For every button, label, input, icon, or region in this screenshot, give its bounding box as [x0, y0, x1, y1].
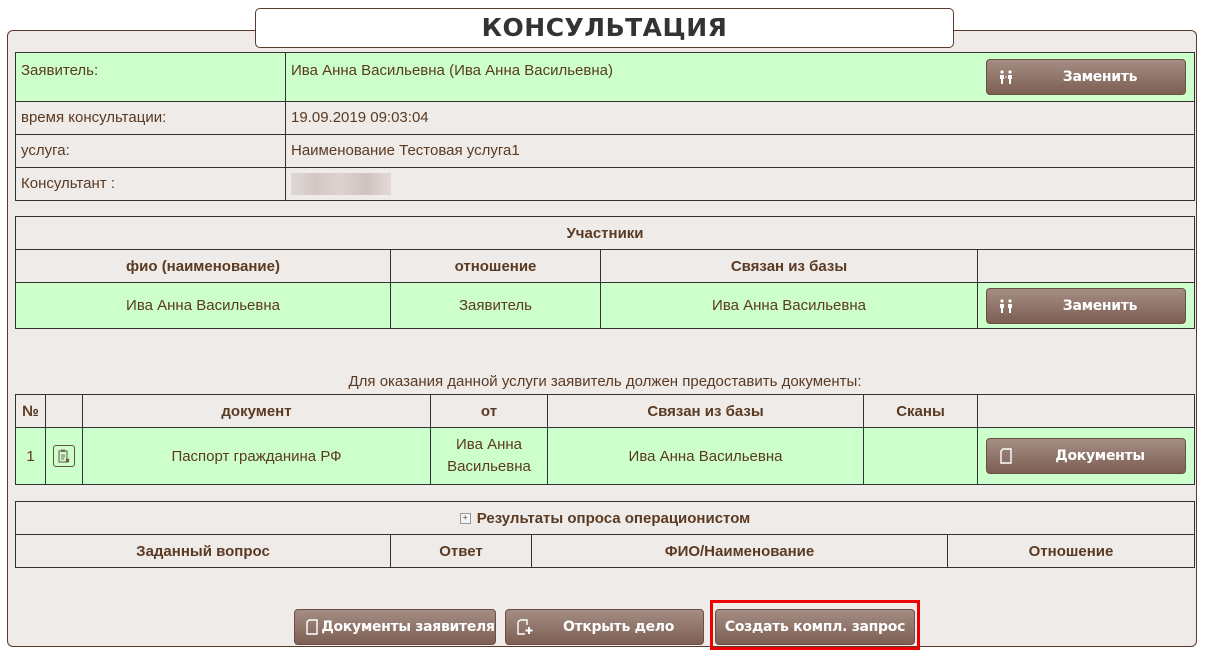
participants-title: Участники [16, 217, 1195, 250]
participants-table: Участники фио (наименование) отношение С… [15, 216, 1195, 329]
col-document: документ [83, 395, 431, 428]
participant-relation: Заявитель [391, 283, 601, 329]
page-title: КОНСУЛЬТАЦИЯ [255, 8, 954, 48]
document-scans [864, 428, 978, 485]
participant-linked: Ива Анна Васильевна [601, 283, 978, 329]
service-value: Наименование Тестовая услуга1 [286, 135, 1195, 168]
participant-fio: Ива Анна Васильевна [16, 283, 391, 329]
open-case-button[interactable]: Открыть дело [505, 609, 704, 645]
survey-table: +Результаты опроса операционистом Заданн… [15, 501, 1195, 568]
col-answer: Ответ [391, 535, 532, 568]
highlight-box [710, 600, 920, 650]
document-name: Паспорт гражданина РФ [83, 428, 431, 485]
table-row: 1 Паспорт гражданина РФ Ива Анна Василье… [16, 428, 1195, 485]
consultant-label: Консультант : [16, 168, 286, 201]
col-num: № [16, 395, 46, 428]
documents-caption: Для оказания данной услуги заявитель дол… [15, 373, 1195, 390]
replace-applicant-button[interactable]: Заменить [986, 59, 1186, 95]
documents-button[interactable]: Документы [986, 438, 1186, 474]
col-scans: Сканы [864, 395, 978, 428]
col-from: от [431, 395, 548, 428]
time-label: время консультации: [16, 102, 286, 135]
people-swap-icon [997, 296, 1015, 316]
table-row: Ива Анна Васильевна Заявитель Ива Анна В… [16, 283, 1195, 329]
time-value: 19.09.2019 09:03:04 [286, 102, 1195, 135]
col-actions [978, 250, 1195, 283]
applicant-documents-button[interactable]: Документы заявителя [294, 609, 496, 645]
consultant-name-blurred [291, 173, 391, 195]
clipboard-remove-icon[interactable] [53, 445, 75, 467]
service-label: услуга: [16, 135, 286, 168]
document-add-icon [516, 617, 534, 637]
documents-table: № документ от Связан из базы Сканы 1 Пас… [15, 394, 1195, 485]
col-fio: фио (наименование) [16, 250, 391, 283]
document-icon [303, 617, 321, 637]
applicant-label: Заявитель: [16, 53, 286, 102]
col-actions [978, 395, 1195, 428]
col-icon [46, 395, 83, 428]
col-linked: Связан из базы [548, 395, 864, 428]
col-relation: отношение [391, 250, 601, 283]
people-swap-icon [997, 67, 1015, 87]
col-fio: ФИО/Наименование [532, 535, 948, 568]
document-icon [997, 446, 1015, 466]
col-relation: Отношение [948, 535, 1195, 568]
survey-title[interactable]: Результаты опроса операционистом [477, 510, 751, 527]
document-num: 1 [16, 428, 46, 485]
col-linked: Связан из базы [601, 250, 978, 283]
consultation-info-table: Заявитель: Ива Анна Васильевна (Ива Анна… [15, 52, 1195, 201]
document-from: Ива Анна Васильевна [431, 428, 548, 485]
replace-participant-button[interactable]: Заменить [986, 288, 1186, 324]
consultant-value [286, 168, 1195, 201]
applicant-value-cell: Ива Анна Васильевна (Ива Анна Васильевна… [286, 53, 1195, 102]
applicant-value: Ива Анна Васильевна (Ива Анна Васильевна… [291, 62, 613, 79]
plus-square-icon[interactable]: + [460, 513, 471, 524]
document-linked: Ива Анна Васильевна [548, 428, 864, 485]
col-question: Заданный вопрос [16, 535, 391, 568]
